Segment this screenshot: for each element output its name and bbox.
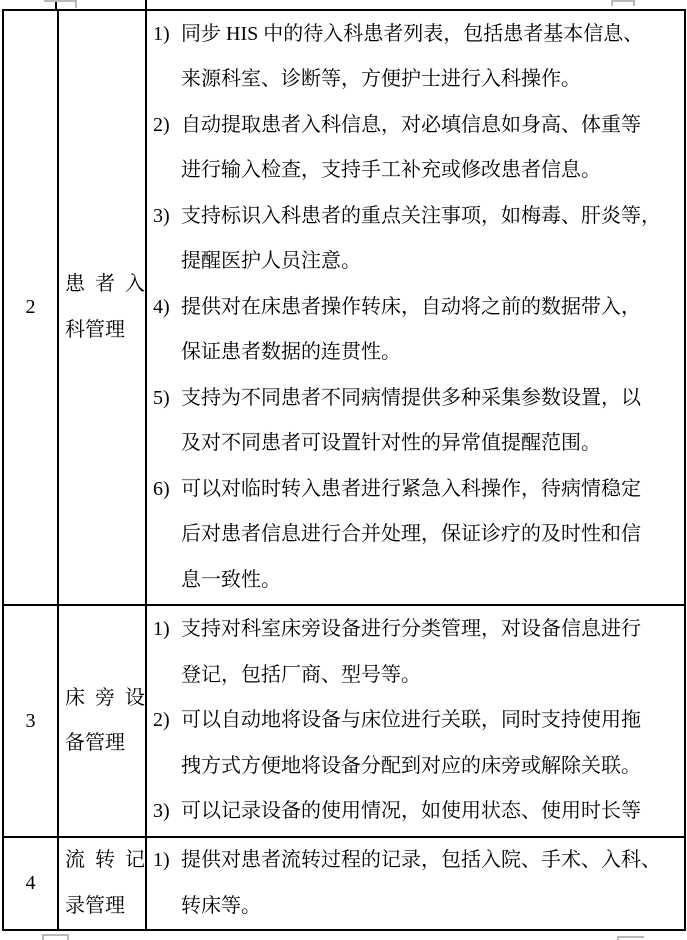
table-row: 2患者入科管理1)同步 HIS 中的待入科患者列表，包括患者基本信息、来源科室、… — [3, 10, 685, 605]
category-text: 床旁设备管理 — [59, 676, 145, 767]
row-number-cell[interactable]: 2 — [3, 10, 58, 605]
bottom-right-table-handle — [617, 936, 644, 940]
requirement-line: 保证患者数据的连贯性。 — [153, 330, 682, 376]
item-text: 同步 HIS 中的待入科患者列表，包括患者基本信息、 — [181, 23, 643, 45]
item-marker: 4) — [153, 285, 181, 331]
item-marker: 1) — [153, 838, 181, 884]
requirement-line: 2)可以自动地将设备与床位进行关联，同时支持使用拖 — [153, 698, 682, 744]
table-row: 3床旁设备管理1)支持对科室床旁设备进行分类管理，对设备信息进行登记，包括厂商、… — [3, 605, 685, 837]
requirements-list: 1)提供对患者流转过程的记录，包括入院、手术、入科、转床等。 — [147, 838, 684, 929]
item-text: 支持标识入科患者的重点关注事项，如梅毒、肝炎等， — [181, 205, 661, 227]
item-text: 可以自动地将设备与床位进行关联，同时支持使用拖 — [181, 709, 641, 731]
category-cell[interactable]: 患者入科管理 — [58, 10, 146, 605]
requirement-line: 息一致性。 — [153, 558, 682, 604]
item-marker: 3) — [153, 194, 181, 240]
category-cell[interactable]: 流转记录管理 — [58, 837, 146, 930]
requirements-cell[interactable]: 1)同步 HIS 中的待入科患者列表，包括患者基本信息、来源科室、诊断等，方便护… — [146, 10, 685, 605]
category-line: 科管理 — [65, 308, 141, 354]
item-marker: 5) — [153, 376, 181, 422]
category-line: 录管理 — [65, 884, 141, 930]
row-number: 2 — [26, 296, 36, 318]
requirements-table: 2患者入科管理1)同步 HIS 中的待入科患者列表，包括患者基本信息、来源科室、… — [2, 9, 686, 931]
category-line: 患者入 — [65, 262, 145, 308]
category-line: 备管理 — [65, 721, 141, 767]
requirement-line: 1)提供对患者流转过程的记录，包括入院、手术、入科、 — [153, 838, 682, 884]
item-marker: 2) — [153, 103, 181, 149]
item-text: 支持对科室床旁设备进行分类管理，对设备信息进行 — [181, 618, 641, 640]
category-line: 流转记 — [65, 838, 145, 884]
category-text: 患者入科管理 — [59, 262, 145, 353]
category-text: 流转记录管理 — [59, 838, 145, 929]
item-text: 提供对在床患者操作转床，自动将之前的数据带入， — [181, 296, 641, 318]
requirement-line: 1)支持对科室床旁设备进行分类管理，对设备信息进行 — [153, 607, 682, 653]
bottom-left-table-handle — [42, 934, 69, 940]
requirement-line: 5)支持为不同患者不同病情提供多种采集参数设置，以 — [153, 376, 682, 422]
item-marker: 1) — [153, 607, 181, 653]
requirement-line: 提醒医护人员注意。 — [153, 239, 682, 285]
item-marker: 1) — [153, 12, 181, 58]
row-number-cell[interactable]: 3 — [3, 605, 58, 837]
requirement-line: 来源科室、诊断等，方便护士进行入科操作。 — [153, 57, 682, 103]
requirements-cell[interactable]: 1)支持对科室床旁设备进行分类管理，对设备信息进行登记，包括厂商、型号等。2)可… — [146, 605, 685, 837]
category-line: 床旁设 — [65, 676, 145, 722]
requirement-line: 3)支持标识入科患者的重点关注事项，如梅毒、肝炎等， — [153, 194, 682, 240]
requirement-line: 1)同步 HIS 中的待入科患者列表，包括患者基本信息、 — [153, 12, 682, 58]
requirement-line: 登记，包括厂商、型号等。 — [153, 653, 682, 699]
top-left-table-handle — [44, 0, 77, 8]
requirements-cell[interactable]: 1)提供对患者流转过程的记录，包括入院、手术、入科、转床等。 — [146, 837, 685, 930]
requirements-list: 1)支持对科室床旁设备进行分类管理，对设备信息进行登记，包括厂商、型号等。2)可… — [147, 607, 684, 835]
item-marker: 3) — [153, 789, 181, 835]
item-marker: 2) — [153, 698, 181, 744]
requirement-line: 3)可以记录设备的使用情况，如使用状态、使用时长等 — [153, 789, 682, 835]
item-text: 可以对临时转入患者进行紧急入科操作，待病情稳定 — [181, 478, 641, 500]
row-number: 3 — [26, 710, 36, 732]
requirement-line: 后对患者信息进行合并处理，保证诊疗的及时性和信 — [153, 512, 682, 558]
top-right-table-handle — [611, 0, 635, 6]
item-text: 提供对患者流转过程的记录，包括入院、手术、入科、 — [181, 849, 661, 871]
requirement-line: 2)自动提取患者入科信息，对必填信息如身高、体重等 — [153, 103, 682, 149]
item-marker: 6) — [153, 467, 181, 513]
category-cell[interactable]: 床旁设备管理 — [58, 605, 146, 837]
requirement-line: 及对不同患者可设置针对性的异常值提醒范围。 — [153, 421, 682, 467]
row-number: 4 — [26, 872, 36, 894]
table-row: 4流转记录管理1)提供对患者流转过程的记录，包括入院、手术、入科、转床等。 — [3, 837, 685, 930]
requirement-line: 转床等。 — [153, 884, 682, 930]
requirement-line: 6)可以对临时转入患者进行紧急入科操作，待病情稳定 — [153, 467, 682, 513]
row-number-cell[interactable]: 4 — [3, 837, 58, 930]
requirements-list: 1)同步 HIS 中的待入科患者列表，包括患者基本信息、来源科室、诊断等，方便护… — [147, 12, 684, 604]
requirement-line: 拽方式方便地将设备分配到对应的床旁或解除关联。 — [153, 744, 682, 790]
item-text: 支持为不同患者不同病情提供多种采集参数设置，以 — [181, 387, 641, 409]
requirement-line: 进行输入检查，支持手工补充或修改患者信息。 — [153, 148, 682, 194]
requirement-line: 4)提供对在床患者操作转床，自动将之前的数据带入， — [153, 285, 682, 331]
item-text: 可以记录设备的使用情况，如使用状态、使用时长等 — [181, 800, 641, 822]
item-text: 自动提取患者入科信息，对必填信息如身高、体重等 — [181, 114, 641, 136]
